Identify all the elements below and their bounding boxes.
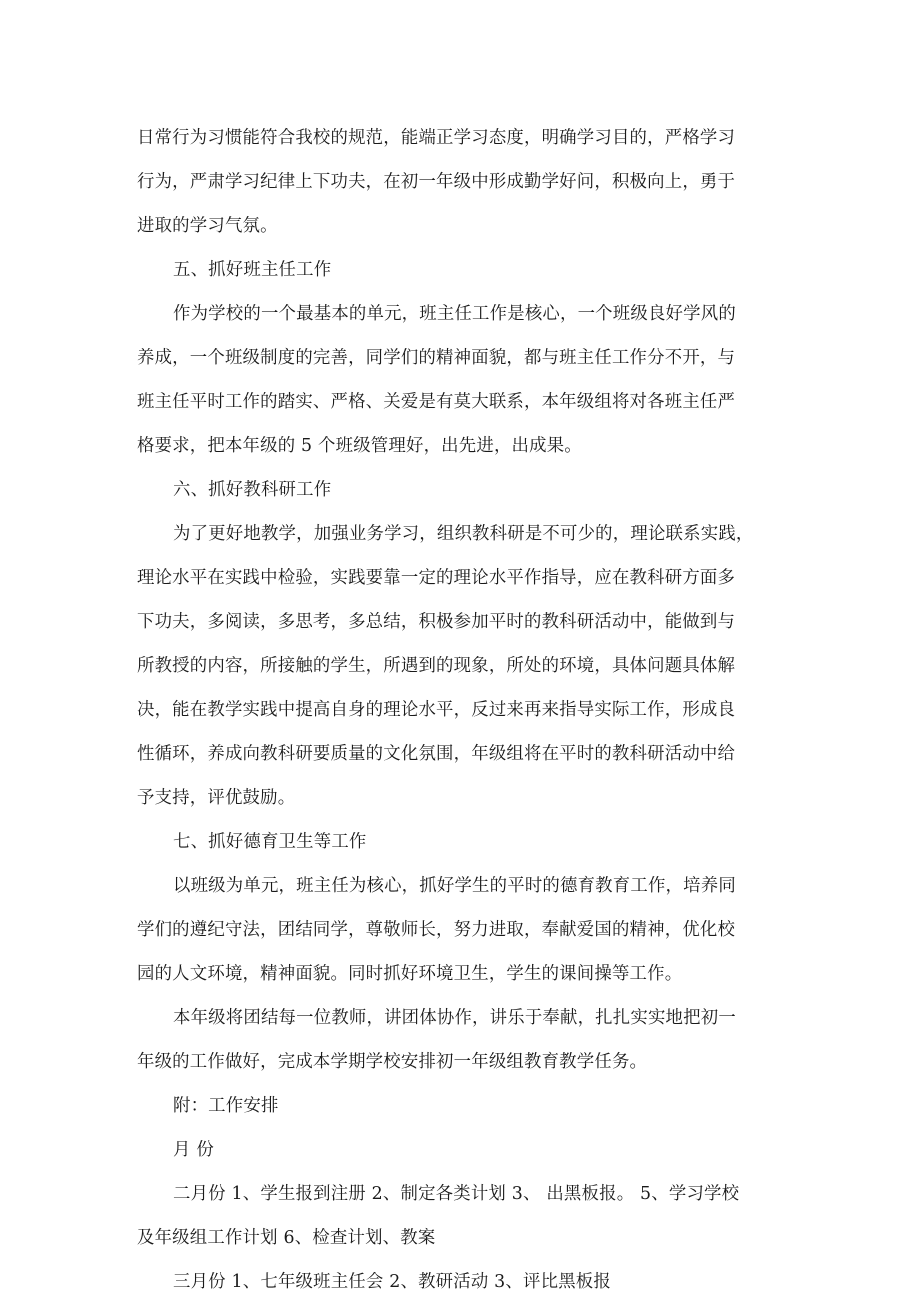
paragraph-line: 所教授的内容，所接触的学生，所遇到的现象，所处的环境，具体问题具体解 <box>137 654 735 678</box>
schedule-march: 三月份 1、七年级班主任会 2、教研活动 3、评比黑板报 <box>173 1270 611 1294</box>
schedule-february: 二月份 1、学生报到注册 2、制定各类计划 3、 出黑板报。 5、学习学校 <box>173 1182 739 1206</box>
paragraph-line: 以班级为单元，班主任为核心，抓好学生的平时的德育教育工作，培养同 <box>173 874 736 898</box>
paragraph-line: 日常行为习惯能符合我校的规范，能端正学习态度，明确学习目的，严格学习 <box>137 126 735 150</box>
paragraph-line: 性循环，养成向教科研要质量的文化氛围，年级组将在平时的教科研活动中给 <box>137 742 735 766</box>
paragraph-line: 本年级将团结每一位教师，讲团体协作，讲乐于奉献，扎扎实实地把初一 <box>173 1006 736 1030</box>
section-heading-7: 七、抓好德育卫生等工作 <box>173 830 367 854</box>
paragraph-line: 为了更好地教学，加强业务学习，组织教科研是不可少的，理论联系实践， <box>173 522 754 546</box>
paragraph-line: 行为，严肃学习纪律上下功夫，在初一年级中形成勤学好问，积极向上，勇于 <box>137 170 735 194</box>
paragraph-line: 班主任平时工作的踏实、严格、关爱是有莫大联系，本年级组将对各班主任严 <box>137 390 735 414</box>
paragraph-line: 作为学校的一个最基本的单元，班主任工作是核心，一个班级良好学风的 <box>173 302 736 326</box>
paragraph-line: 学们的遵纪守法，团结同学，尊敬师长，努力进取，奉献爱国的精神，优化校 <box>137 918 735 942</box>
section-heading-5: 五、抓好班主任工作 <box>173 258 331 282</box>
paragraph-line: 下功夫，多阅读，多思考，多总结，积极参加平时的教科研活动中，能做到与 <box>137 610 735 634</box>
paragraph-line: 养成，一个班级制度的完善，同学们的精神面貌，都与班主任工作分不开，与 <box>137 346 735 370</box>
paragraph-line: 理论水平在实践中检验，实践要靠一定的理论水平作指导，应在教科研方面多 <box>137 566 735 590</box>
month-column-header: 月 份 <box>173 1138 214 1162</box>
schedule-february-cont: 及年级组工作计划 6、检查计划、教案 <box>137 1226 435 1250</box>
paragraph-line: 园的人文环境，精神面貌。同时抓好环境卫生，学生的课间操等工作。 <box>137 962 682 986</box>
paragraph-line: 决，能在教学实践中提高自身的理论水平，反过来再来指导实际工作，形成良 <box>137 698 735 722</box>
paragraph-line: 进取的学习气氛。 <box>137 214 278 238</box>
section-heading-6: 六、抓好教科研工作 <box>173 478 331 502</box>
paragraph-line: 年级的工作做好，完成本学期学校安排初一年级组教育教学任务。 <box>137 1050 647 1074</box>
appendix-heading: 附：工作安排 <box>173 1094 279 1118</box>
paragraph-line: 予支持，评优鼓励。 <box>137 786 295 810</box>
paragraph-line: 格要求，把本年级的 5 个班级管理好，出先进，出成果。 <box>137 434 582 458</box>
